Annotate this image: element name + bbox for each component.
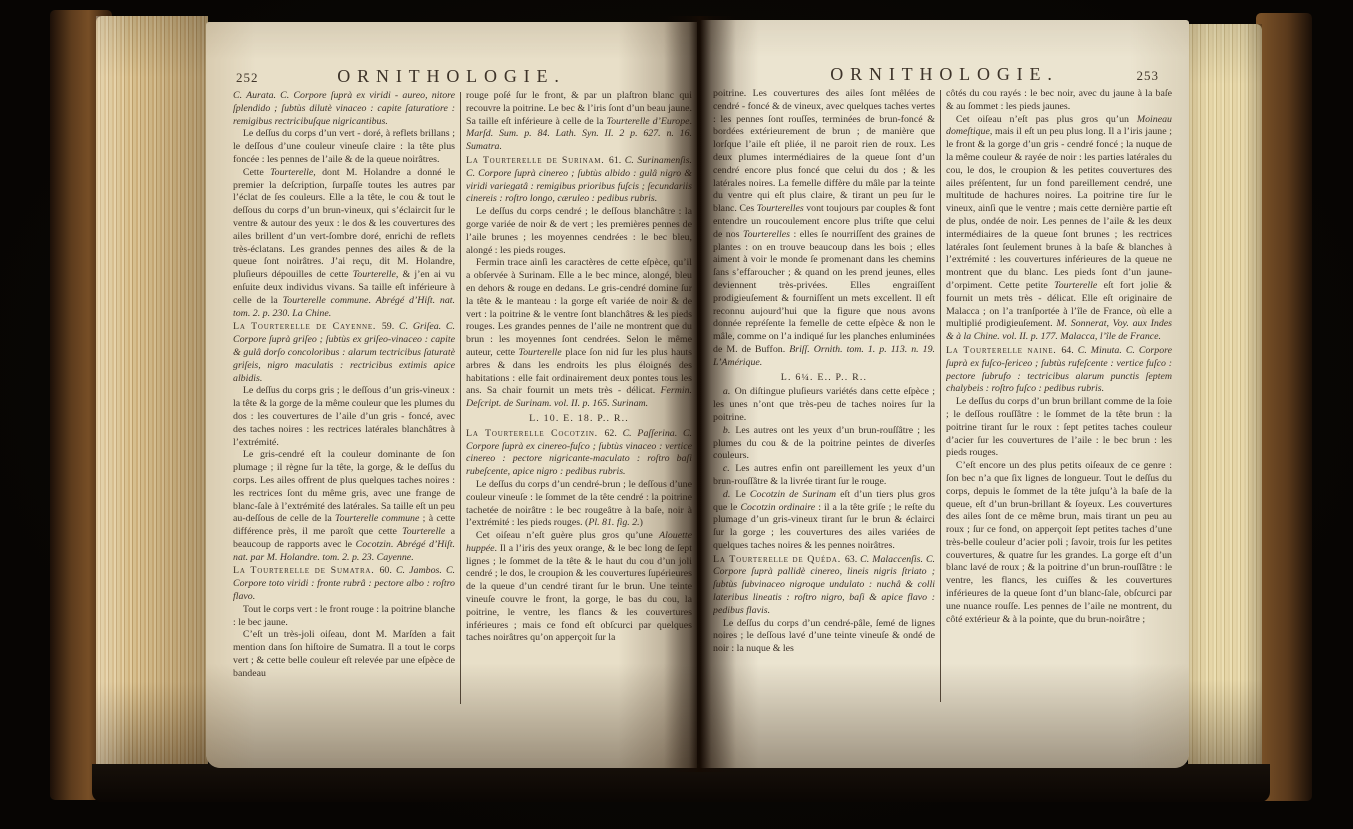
paragraph: Cet oiſeau n’eſt guère plus gros qu’une … xyxy=(466,530,692,645)
text-column: rouge poſé ſur le front, & par un plaſtr… xyxy=(466,90,692,714)
paragraph: L. 10. E. 18. P.. R.. xyxy=(466,413,692,426)
species-name: La Tourterelle de Surinam. xyxy=(466,155,609,166)
text-column: C. Aurata. C. Corpore ſuprà ex viridi - … xyxy=(233,90,455,714)
paragraph: Le deſſus du corps gris ; le deſſous d’u… xyxy=(233,385,455,449)
paragraph: b. Les autres ont les yeux d’un brun-rou… xyxy=(713,425,935,463)
column-divider xyxy=(940,90,941,702)
paragraph: Le deſſus du corps d’un cendré-brun ; le… xyxy=(466,479,692,530)
species-number: 61. xyxy=(609,155,625,166)
running-title: ORNITHOLOGIE. xyxy=(206,66,697,87)
species-name: La Tourterelle de Quéda. xyxy=(713,554,845,565)
fore-edge-right xyxy=(1188,24,1262,786)
text-column: poitrine. Les couvertures des ailes ſont… xyxy=(713,88,935,712)
text-block: poitrine. Les couvertures des ailes ſont… xyxy=(713,88,1173,712)
species-entry: *La Tourterelle de Sumatra. 60. C. Jambo… xyxy=(233,565,455,603)
running-head: ORNITHOLOGIE. 253 xyxy=(700,64,1189,88)
species-name: La Tourterelle de Cayenne. xyxy=(233,321,382,332)
paragraph: C’eſt encore un des plus petits oiſeaux … xyxy=(946,460,1172,626)
species-entry: La Tourterelle Cocotzin. 62. C. Paſſerin… xyxy=(466,428,692,479)
running-head: 252 ORNITHOLOGIE. xyxy=(206,66,697,90)
species-name: La Tourterelle naine. xyxy=(946,345,1061,356)
paragraph: Fermin trace ainſi les caractères de cet… xyxy=(466,257,692,411)
page-number: 253 xyxy=(1137,68,1160,84)
paragraph: Le deſſus du corps d’un cendré-pâle, ſem… xyxy=(713,618,935,656)
text-column: côtés du cou rayés : le bec noir, avec d… xyxy=(946,88,1172,712)
paragraph: d. Le Cocotzin de Surinam eſt d’un tiers… xyxy=(713,489,935,553)
column-divider xyxy=(460,92,461,704)
paragraph: poitrine. Les couvertures des ailes ſont… xyxy=(713,88,935,370)
species-number: 62. xyxy=(604,428,622,439)
page-left: 252 ORNITHOLOGIE. C. Aurata. C. Corpore … xyxy=(206,22,697,768)
paragraph: rouge poſé ſur le front, & par un plaſtr… xyxy=(466,90,692,154)
paragraph: L. 6¼. E.. P.. R.. xyxy=(713,372,935,385)
fore-edge-left xyxy=(96,16,208,790)
paragraph: Le gris-cendré eſt la couleur dominante … xyxy=(233,449,455,564)
paragraph: a. On diſtingue pluſieurs variétés dans … xyxy=(713,386,935,424)
page-right: ORNITHOLOGIE. 253 poitrine. Les couvertu… xyxy=(700,20,1189,768)
text-block: C. Aurata. C. Corpore ſuprà ex viridi - … xyxy=(233,90,693,714)
paragraph: C. Aurata. C. Corpore ſuprà ex viridi - … xyxy=(233,90,455,128)
species-entry: *La Tourterelle de Quéda. 63. C. Malacce… xyxy=(713,554,935,618)
book-photograph: 252 ORNITHOLOGIE. C. Aurata. C. Corpore … xyxy=(0,0,1353,829)
book-cover-right xyxy=(1256,13,1312,801)
species-entry: La Tourterelle naine. 64. C. Minuta. C. … xyxy=(946,345,1172,396)
paragraph: Le deſſus du corps d’un brun brillant co… xyxy=(946,396,1172,460)
paragraph: Tout le corps vert : le front rouge : la… xyxy=(233,604,455,630)
paragraph: C’eſt un très-joli oiſeau, dont M. Marſd… xyxy=(233,629,455,680)
paragraph: Cette Tourterelle, dont M. Holandre a do… xyxy=(233,167,455,321)
species-number: 63. xyxy=(845,554,860,565)
species-number: 59. xyxy=(382,321,399,332)
species-number: 64. xyxy=(1061,345,1077,356)
species-entry: *La Tourterelle de Surinam. 61. C. Surin… xyxy=(466,155,692,206)
running-title: ORNITHOLOGIE. xyxy=(700,64,1189,85)
paragraph: côtés du cou rayés : le bec noir, avec d… xyxy=(946,88,1172,114)
paragraph: Le deſſus du corps cendré ; le deſſous b… xyxy=(466,206,692,257)
paragraph: c. Les autres enfin ont pareillement les… xyxy=(713,463,935,489)
book-bottom-shadow xyxy=(92,764,1270,802)
species-number: 60. xyxy=(379,565,396,576)
paragraph: Cet oiſeau n’eſt pas plus gros qu’un Moi… xyxy=(946,114,1172,344)
species-name: La Tourterelle Cocotzin. xyxy=(466,428,604,439)
species-entry: *La Tourterelle de Cayenne. 59. C. Griſe… xyxy=(233,321,455,385)
paragraph: Le deſſus du corps d’un vert - doré, à r… xyxy=(233,128,455,166)
species-name: La Tourterelle de Sumatra. xyxy=(233,565,379,576)
